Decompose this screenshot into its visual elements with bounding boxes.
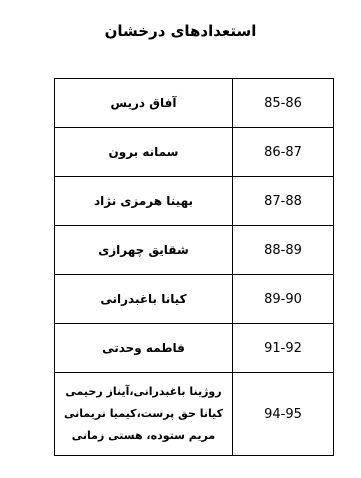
student-name-cell: سمانه برون: [55, 128, 233, 177]
year-cell: 89-90: [233, 275, 334, 324]
document-page: استعدادهای درخشان آفاق دریس 85-86 سمانه …: [0, 0, 361, 478]
table-row: شقایق چهرازی 88-89: [55, 226, 334, 275]
year-cell: 87-88: [233, 177, 334, 226]
student-name-cell: روژینا باغبدرانی،آیناز رحیمی کیانا حق پر…: [55, 373, 233, 456]
table-row: روژینا باغبدرانی،آیناز رحیمی کیانا حق پر…: [55, 373, 334, 456]
student-name-line: مریم ستوده، هستی زمانی: [59, 425, 228, 447]
year-cell: 85-86: [233, 79, 334, 128]
roster-table: آفاق دریس 85-86 سمانه برون 86-87 بهینا ه…: [54, 78, 334, 456]
student-name-cell: بهینا هرمزی نژاد: [55, 177, 233, 226]
year-cell: 91-92: [233, 324, 334, 373]
student-name-cell: فاطمه وحدتی: [55, 324, 233, 373]
student-name-cell: آفاق دریس: [55, 79, 233, 128]
year-cell: 88-89: [233, 226, 334, 275]
year-cell: 86-87: [233, 128, 334, 177]
table-row: آفاق دریس 85-86: [55, 79, 334, 128]
student-name-cell: شقایق چهرازی: [55, 226, 233, 275]
student-name-line: روژینا باغبدرانی،آیناز رحیمی: [59, 381, 228, 403]
student-name-line: کیانا حق پرست،کیمیا نریمانی: [59, 403, 228, 425]
table-row: سمانه برون 86-87: [55, 128, 334, 177]
table-row: بهینا هرمزی نژاد 87-88: [55, 177, 334, 226]
year-cell: 94-95: [233, 373, 334, 456]
table-row: کیانا باغبدرانی 89-90: [55, 275, 334, 324]
page-title: استعدادهای درخشان: [0, 22, 361, 40]
student-name-cell: کیانا باغبدرانی: [55, 275, 233, 324]
table-row: فاطمه وحدتی 91-92: [55, 324, 334, 373]
